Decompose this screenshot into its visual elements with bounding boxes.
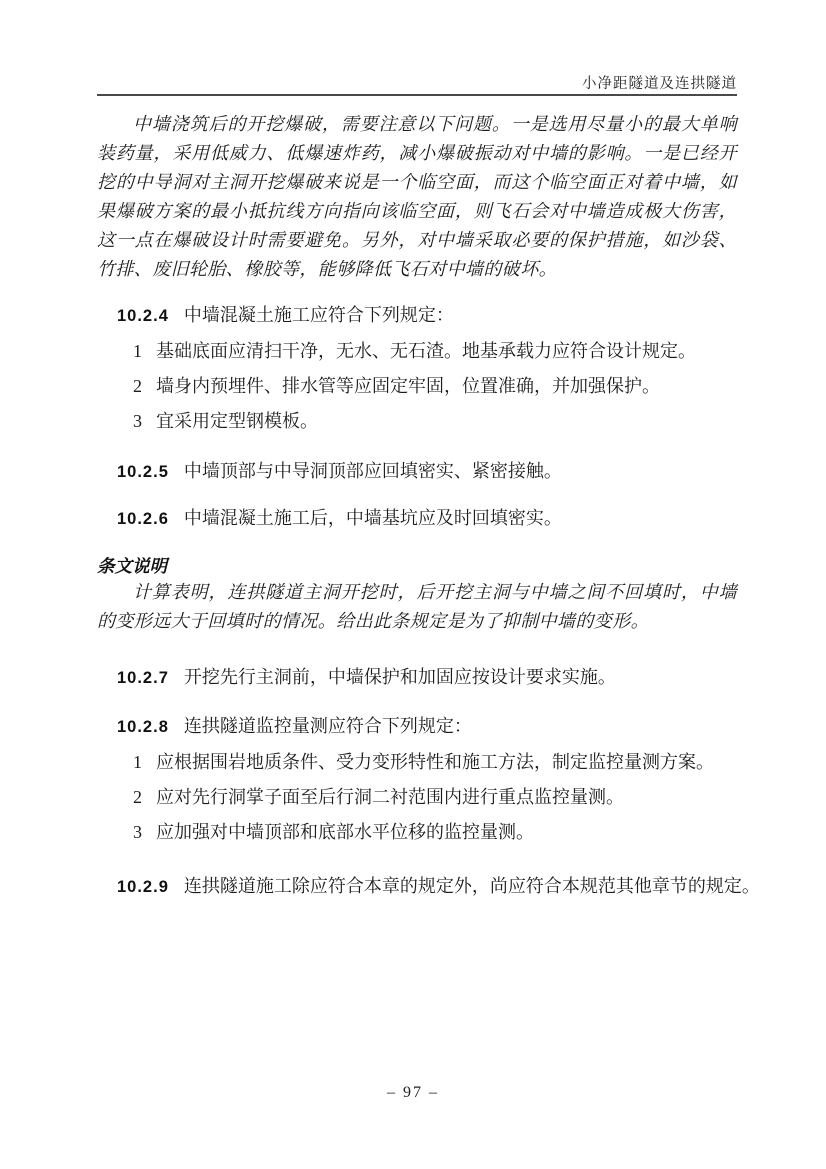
clause-text: 中墙混凝土施工后，中墙基坑应及时回填密实。 xyxy=(184,508,562,528)
page-header: 小净距隧道及连拱隧道 xyxy=(97,72,737,93)
list-item-text: 应根据围岩地质条件、受力变形特性和施工方法，制定监控量测方案。 xyxy=(156,752,714,772)
clause-number: 10.2.8 xyxy=(117,718,169,736)
page-footer: – 97 – xyxy=(0,1084,826,1102)
clause-number: 10.2.9 xyxy=(117,878,169,896)
clause-text: 连拱隧道施工除应符合本章的规定外，尚应符合本规范其他章节的规定。 xyxy=(184,876,760,896)
list-item: 1基础底面应清扫干净，无水、无石渣。地基承载力应符合设计规定。 xyxy=(97,340,737,362)
clause-number: 10.2.5 xyxy=(117,463,169,481)
clause-10-2-6: 10.2.6中墙混凝土施工后，中墙基坑应及时回填密实。 xyxy=(97,507,737,530)
list-item: 2应对先行洞掌子面至后行洞二衬范围内进行重点监控量测。 xyxy=(97,786,737,808)
list-item-number: 1 xyxy=(133,752,142,772)
clause-text: 开挖先行主洞前，中墙保护和加固应按设计要求实施。 xyxy=(184,667,616,687)
clause-text: 连拱隧道监控量测应符合下列规定： xyxy=(184,716,472,736)
clause-10-2-4: 10.2.4中墙混凝土施工应符合下列规定： xyxy=(97,304,737,327)
list-item-text: 墙身内预埋件、排水管等应固定牢固，位置准确，并加强保护。 xyxy=(156,376,660,396)
list-item: 3宜采用定型钢模板。 xyxy=(97,410,737,432)
clause-text: 中墙混凝土施工应符合下列规定： xyxy=(184,305,454,325)
list-item-text: 应对先行洞掌子面至后行洞二衬范围内进行重点监控量测。 xyxy=(156,787,624,807)
list-item-number: 2 xyxy=(133,376,142,396)
clause-10-2-9: 10.2.9连拱隧道施工除应符合本章的规定外，尚应符合本规范其他章节的规定。 xyxy=(97,875,737,898)
list-item: 2墙身内预埋件、排水管等应固定牢固，位置准确，并加强保护。 xyxy=(97,375,737,397)
list-item-number: 3 xyxy=(133,411,142,431)
clause-text: 中墙顶部与中导洞顶部应回填密实、紧密接触。 xyxy=(184,461,562,481)
list-item-text: 应加强对中墙顶部和底部水平位移的监控量测。 xyxy=(156,822,534,842)
list-item-number: 2 xyxy=(133,787,142,807)
document-page: 小净距隧道及连拱隧道 中墙浇筑后的开挖爆破，需要注意以下问题。一是选用尽量小的最… xyxy=(0,0,826,1169)
running-title: 小净距隧道及连拱隧道 xyxy=(582,76,737,92)
clause-10-2-8: 10.2.8连拱隧道监控量测应符合下列规定： xyxy=(97,715,737,738)
page-content: 中墙浇筑后的开挖爆破，需要注意以下问题。一是选用尽量小的最大单响装药量，采用低威… xyxy=(97,110,737,898)
intro-paragraph: 中墙浇筑后的开挖爆破，需要注意以下问题。一是选用尽量小的最大单响装药量，采用低威… xyxy=(97,110,737,284)
list-item: 1应根据围岩地质条件、受力变形特性和施工方法，制定监控量测方案。 xyxy=(97,751,737,773)
list-item-text: 宜采用定型钢模板。 xyxy=(156,411,318,431)
clause-number: 10.2.7 xyxy=(117,669,169,687)
list-item-number: 3 xyxy=(133,822,142,842)
clause-number: 10.2.6 xyxy=(117,510,169,528)
list-item-text: 基础底面应清扫干净，无水、无石渣。地基承载力应符合设计规定。 xyxy=(156,341,696,361)
header-rule xyxy=(97,94,737,96)
commentary-paragraph: 计算表明，连拱隧道主洞开挖时，后开挖主洞与中墙之间不回填时，中墙的变形远大于回填… xyxy=(97,578,737,636)
clause-number: 10.2.4 xyxy=(117,307,169,325)
list-item-number: 1 xyxy=(133,341,142,361)
commentary-heading: 条文说明 xyxy=(97,554,737,578)
clause-10-2-5: 10.2.5中墙顶部与中导洞顶部应回填密实、紧密接触。 xyxy=(97,460,737,483)
list-item: 3应加强对中墙顶部和底部水平位移的监控量测。 xyxy=(97,821,737,843)
clause-10-2-7: 10.2.7开挖先行主洞前，中墙保护和加固应按设计要求实施。 xyxy=(97,666,737,689)
page-number: – 97 – xyxy=(387,1084,439,1101)
